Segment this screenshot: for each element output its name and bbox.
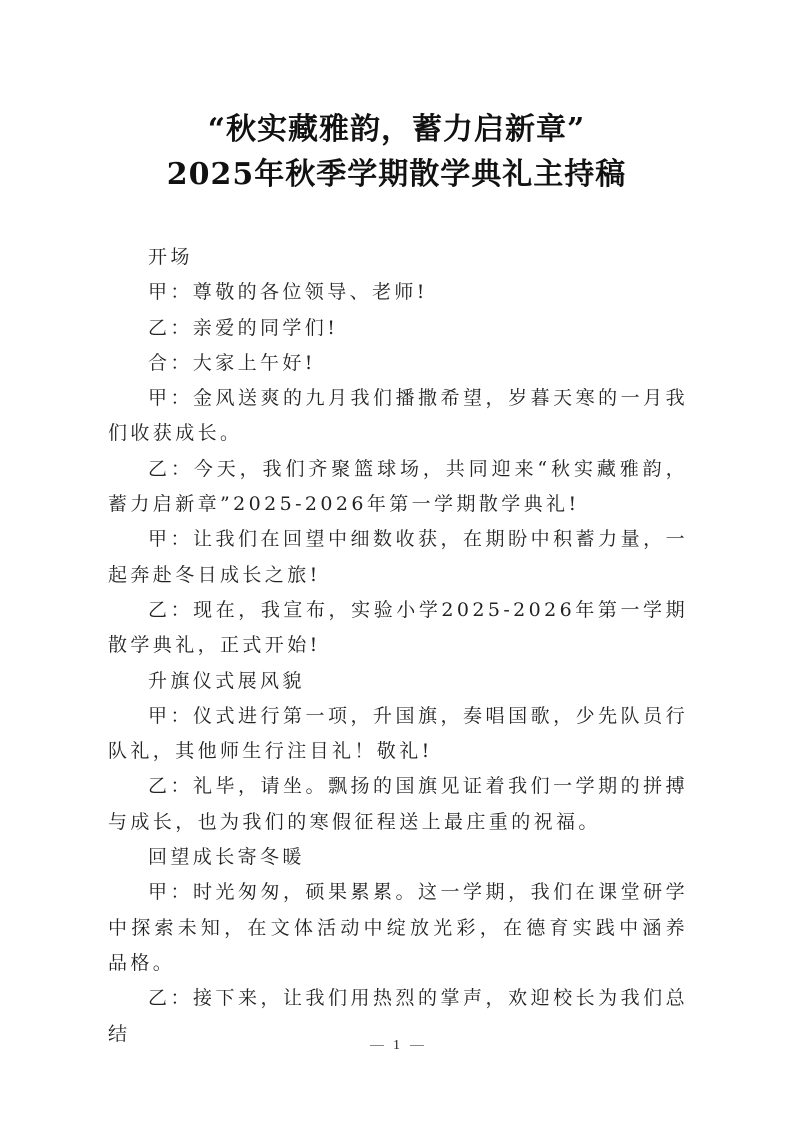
section-heading: 升旗仪式展风貌 xyxy=(108,664,688,699)
paragraph: 甲：金风送爽的九月我们播撒希望，岁暮天寒的一月我们收获成长。 xyxy=(108,381,688,452)
paragraph: 乙：礼毕，请坐。飘扬的国旗见证着我们一学期的拼搏与成长，也为我们的寒假征程送上最… xyxy=(108,769,688,840)
paragraph: 甲：尊敬的各位领导、老师! xyxy=(108,275,688,310)
page-number: 1 xyxy=(393,1038,400,1053)
paragraph: 乙：现在，我宣布，实验小学2025-2026年第一学期散学典礼，正式开始! xyxy=(108,593,688,664)
section-heading: 回望成长寄冬暖 xyxy=(108,840,688,875)
dash-right-icon xyxy=(410,1045,424,1046)
page-footer: 1 xyxy=(0,1038,793,1054)
paragraph: 合：大家上午好! xyxy=(108,346,688,381)
paragraph: 乙：今天，我们齐聚篮球场，共同迎来“秋实藏雅韵，蓄力启新章”2025-2026年… xyxy=(108,452,688,523)
document-page: “秋实藏雅韵，蓄力启新章” 2025年秋季学期散学典礼主持稿 开场 甲：尊敬的各… xyxy=(0,0,793,1122)
document-body: 开场 甲：尊敬的各位领导、老师! 乙：亲爱的同学们! 合：大家上午好! 甲：金风… xyxy=(108,240,688,1052)
paragraph: 甲：时光匆匆，硕果累累。这一学期，我们在课堂研学中探索未知，在文体活动中绽放光彩… xyxy=(108,875,688,981)
paragraph: 乙：亲爱的同学们! xyxy=(108,311,688,346)
document-title-line2: 2025年秋季学期散学典礼主持稿 xyxy=(0,155,793,195)
paragraph: 甲：仪式进行第一项，升国旗，奏唱国歌，少先队员行队礼，其他师生行注目礼！敬礼! xyxy=(108,699,688,770)
document-title-line1: “秋实藏雅韵，蓄力启新章” xyxy=(0,110,793,150)
paragraph: 甲：让我们在回望中细数收获，在期盼中积蓄力量，一起奔赴冬日成长之旅! xyxy=(108,522,688,593)
dash-left-icon xyxy=(370,1045,384,1046)
section-heading: 开场 xyxy=(108,240,688,275)
